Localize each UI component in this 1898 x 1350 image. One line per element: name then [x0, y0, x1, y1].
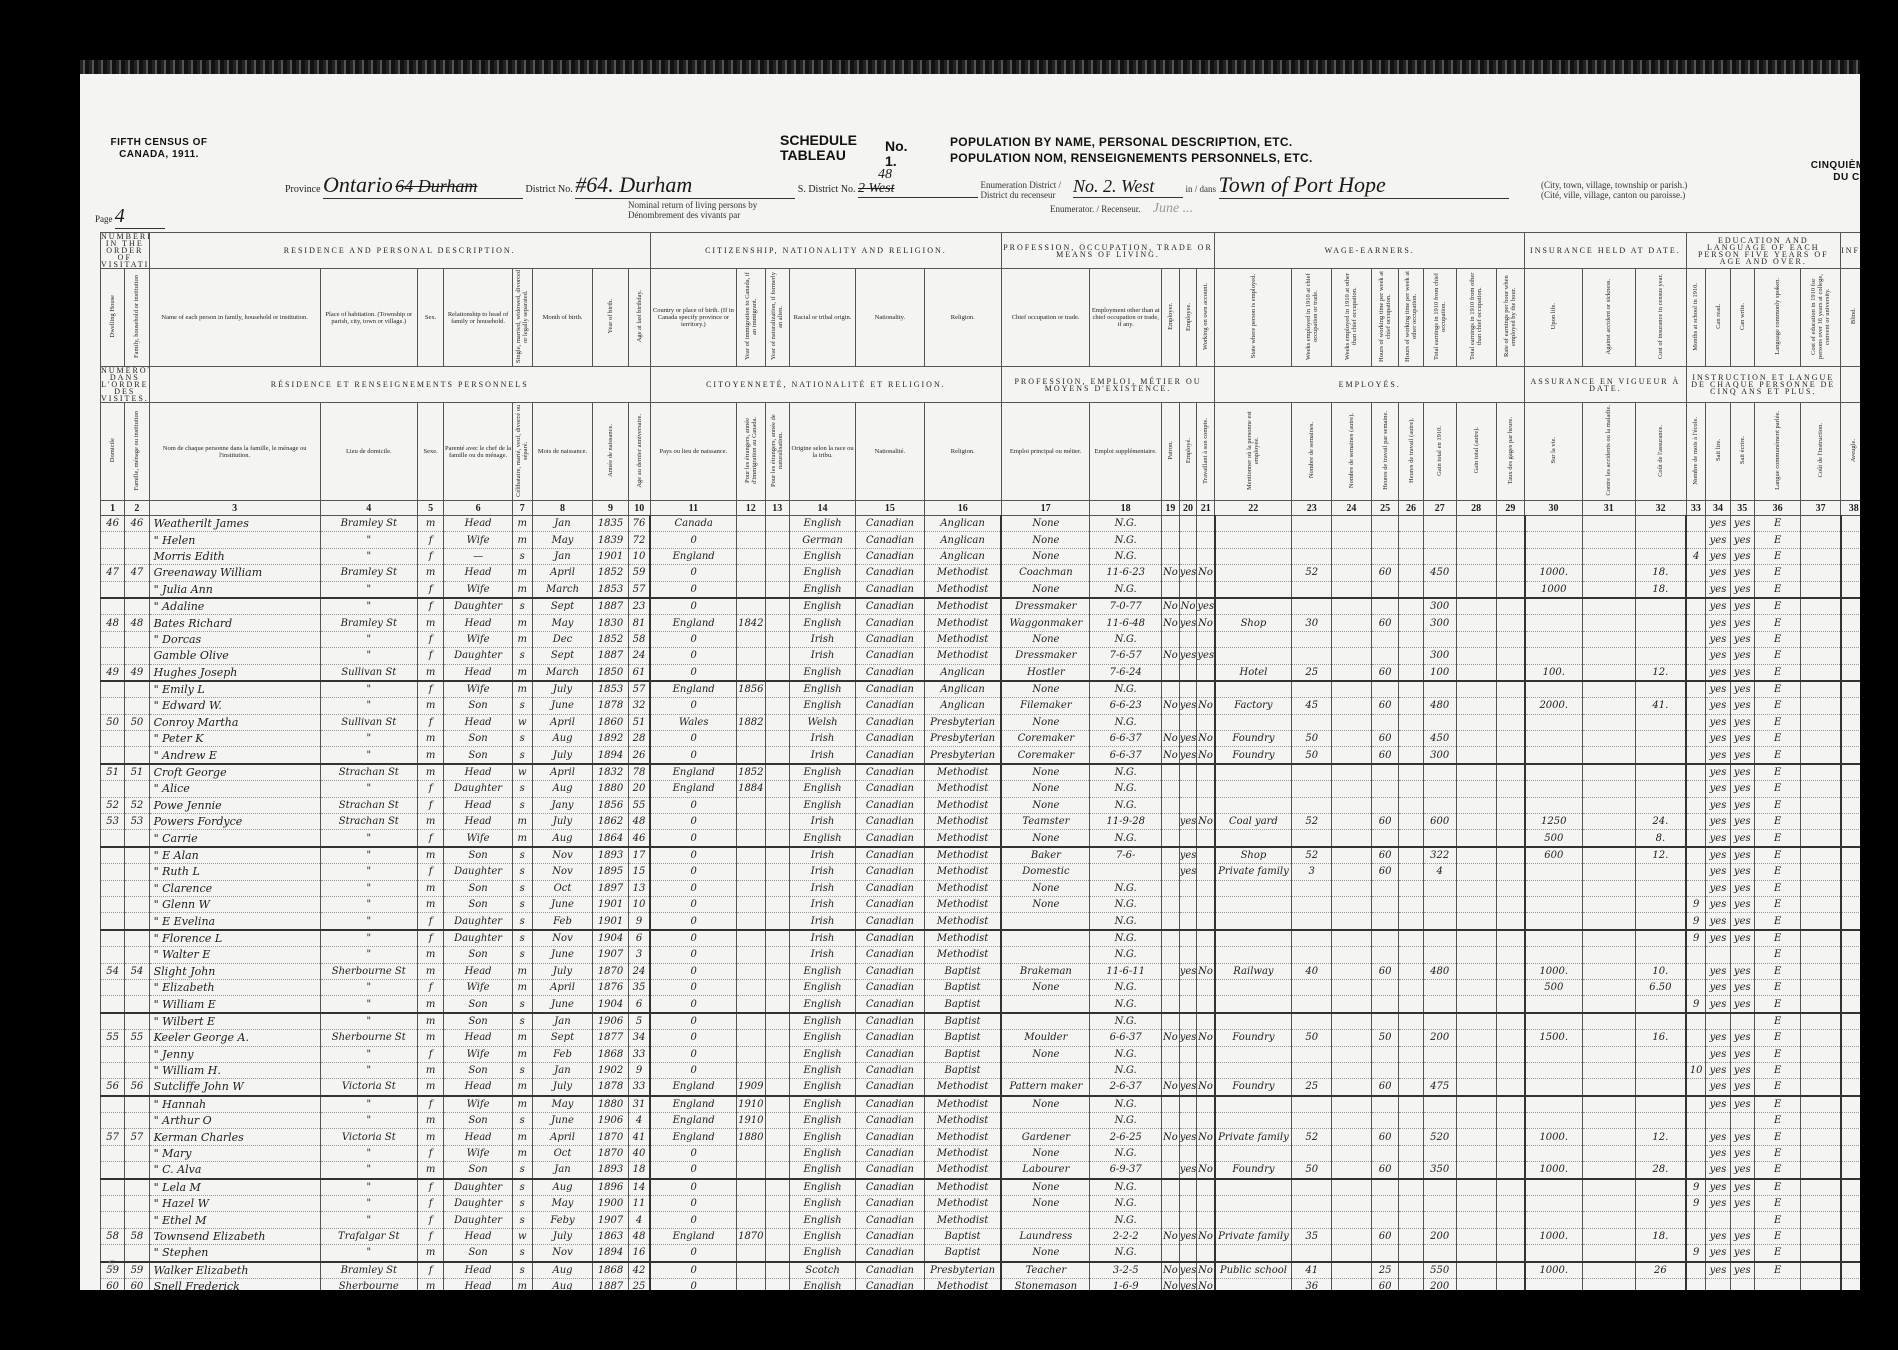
cell-place: " — [320, 781, 417, 797]
cell-c20 — [1179, 581, 1197, 598]
cell-c37 — [1801, 1129, 1841, 1145]
cell-sex: f — [417, 631, 443, 647]
cell-c20 — [1179, 830, 1197, 847]
cell-life — [1525, 548, 1582, 564]
cell-acc — [1582, 1129, 1635, 1145]
cell-hrs — [1371, 1212, 1399, 1228]
cell-imm: 1842 — [736, 615, 765, 631]
cell-lang: E — [1754, 598, 1800, 615]
cell-name: " Edward W. — [149, 698, 320, 714]
census-row: Morris Edith"f—sJan190110EnglandEnglishC… — [101, 548, 1890, 564]
cell-sex: m — [417, 1129, 443, 1145]
cell-origin: English — [789, 1129, 855, 1145]
column-header-fr-30: Sur la vie. — [1525, 403, 1582, 501]
column-number: 36 — [1754, 501, 1800, 516]
cell-rate — [1496, 698, 1525, 714]
cell-c21 — [1197, 913, 1215, 930]
province-value: Ontario — [323, 172, 393, 197]
cell-emp_other: N.G. — [1090, 1096, 1162, 1113]
column-header-fr: Coût de l'instruction. — [1817, 423, 1824, 477]
cell-sex: f — [417, 830, 443, 847]
cell-acc — [1582, 847, 1635, 864]
cell-origin: English — [789, 548, 855, 564]
cell-read: yes — [1706, 1096, 1730, 1113]
cell-rate — [1496, 1013, 1525, 1030]
cell-religion: Methodist — [924, 896, 1001, 912]
cell-emp_other: 11-6-11 — [1090, 963, 1162, 979]
cell-imm — [736, 1212, 765, 1228]
cell-cost: 12. — [1635, 664, 1686, 681]
cell-where — [1215, 1096, 1292, 1113]
census-row: " William H."mSonsJan190290EnglishCanadi… — [101, 1062, 1890, 1078]
cell-hrs — [1371, 913, 1399, 930]
column-header-fr: Mentionner où la personne est employée. — [1246, 403, 1260, 498]
cell-imm — [736, 830, 765, 847]
cell-where — [1215, 781, 1292, 797]
cell-dw — [101, 532, 125, 548]
cell-life — [1525, 631, 1582, 647]
census-row: " Andrew E"mSonsJuly1894260IrishCanadian… — [101, 747, 1890, 764]
cell-c19 — [1162, 548, 1180, 564]
census-row: " Hannah"fWifemMay188031England1910Engli… — [101, 1096, 1890, 1113]
cell-earn2 — [1456, 598, 1496, 615]
cell-birth: 0 — [650, 1162, 736, 1179]
cell-hrs — [1371, 1196, 1399, 1212]
cell-name: " Arthur O — [149, 1113, 320, 1129]
column-header-en: Year of naturalization, if formerly an a… — [770, 269, 784, 364]
cell-earn2 — [1456, 830, 1496, 847]
cell-emp_other: N.G. — [1090, 1113, 1162, 1129]
cell-year: 1900 — [593, 1196, 628, 1212]
cell-fam — [125, 1096, 149, 1113]
cell-read: yes — [1706, 930, 1730, 947]
cell-emp_other: 6-9-37 — [1090, 1162, 1162, 1179]
cell-sex: f — [417, 913, 443, 930]
cell-earn2 — [1456, 913, 1496, 930]
cell-dw: 57 — [101, 1129, 125, 1145]
column-header-en: Employer. — [1167, 303, 1174, 330]
column-header-fr: Parenté avec le chef de la famille ou du… — [445, 445, 511, 459]
census-row: 4646Weatherilt JamesBramley StmHeadmJan1… — [101, 516, 1890, 532]
cell-birth: England — [650, 1079, 736, 1096]
cell-age: 13 — [628, 880, 650, 896]
cell-school — [1686, 797, 1706, 813]
cell-c37 — [1801, 913, 1841, 930]
cell-religion: Methodist — [924, 930, 1001, 947]
cell-earn — [1423, 1013, 1456, 1030]
cell-c37 — [1801, 615, 1841, 631]
column-header-fr: Travaillant à son compte. — [1202, 418, 1209, 484]
cell-earn: 480 — [1423, 698, 1456, 714]
cell-wk2 — [1332, 698, 1372, 714]
cell-fam — [125, 1013, 149, 1030]
section-education: EDUCATION AND LANGUAGE OF EACH PERSON FI… — [1686, 233, 1841, 269]
cell-birth: 0 — [650, 664, 736, 681]
cell-acc — [1582, 548, 1635, 564]
cell-emp_other: N.G. — [1090, 797, 1162, 813]
cell-earn — [1423, 532, 1456, 548]
district-label: District No. — [526, 184, 573, 195]
cell-rel: Son — [444, 947, 512, 963]
cell-c37 — [1801, 581, 1841, 598]
cell-life — [1525, 1196, 1582, 1212]
cell-c37 — [1801, 1179, 1841, 1196]
cell-occ — [1001, 947, 1089, 963]
cell-rate — [1496, 598, 1525, 615]
cell-dw — [101, 747, 125, 764]
cell-nationality: Canadian — [856, 880, 924, 896]
cell-hrs2 — [1399, 1079, 1423, 1096]
cell-earn2 — [1456, 731, 1496, 747]
cell-hrs2 — [1399, 1262, 1423, 1279]
cell-name: Keeler George A. — [149, 1030, 320, 1046]
cell-emp_other — [1090, 864, 1162, 880]
cell-birth: 0 — [650, 565, 736, 581]
cell-fam — [125, 830, 149, 847]
cell-life: 1000 — [1525, 581, 1582, 598]
cell-earn2 — [1456, 864, 1496, 880]
cell-write: yes — [1730, 1079, 1754, 1096]
column-header-6: Relationship to head of family or househ… — [444, 269, 512, 367]
cell-cond: m — [512, 681, 532, 698]
cell-nationality: Canadian — [856, 714, 924, 730]
census-row: " William E"mSonsJune190460EnglishCanadi… — [101, 996, 1890, 1013]
cell-earn2 — [1456, 896, 1496, 912]
column-header-fr: Sait écrire. — [1739, 436, 1746, 464]
cell-lang: E — [1754, 814, 1800, 830]
cell-cond: s — [512, 781, 532, 797]
column-header-22: State where person is employed. — [1215, 269, 1292, 367]
cell-sex: m — [417, 615, 443, 631]
cell-wk: 30 — [1292, 615, 1332, 631]
cell-earn: 520 — [1423, 1129, 1456, 1145]
cell-year: 1901 — [593, 548, 628, 564]
cell-dw — [101, 930, 125, 947]
cell-religion: Baptist — [924, 1245, 1001, 1262]
cell-birth: 0 — [650, 896, 736, 912]
cell-nat — [765, 565, 789, 581]
column-number: 6 — [444, 501, 512, 516]
cell-read: yes — [1706, 1196, 1730, 1212]
column-number: 27 — [1423, 501, 1456, 516]
cell-hrs2 — [1399, 996, 1423, 1013]
sub-district-field: 48 2 West — [858, 181, 978, 198]
cell-nat — [765, 631, 789, 647]
cell-c37 — [1801, 1013, 1841, 1030]
cell-wk2 — [1332, 847, 1372, 864]
cell-wk2 — [1332, 1062, 1372, 1078]
cell-fam — [125, 847, 149, 864]
cell-name: Slight John — [149, 963, 320, 979]
cell-nationality: Canadian — [856, 947, 924, 963]
column-header-4: Place of habitation. (Township or parish… — [320, 269, 417, 367]
cell-school — [1686, 963, 1706, 979]
cell-wk — [1292, 1062, 1332, 1078]
cell-write: yes — [1730, 913, 1754, 930]
section-numbered-fr: NUMÉROTÉS DANS L'ORDRE DES VISITES. — [101, 367, 150, 403]
column-header-en: Blind. — [1850, 308, 1857, 324]
cell-emp_other: N.G. — [1090, 1062, 1162, 1078]
column-header-en: Religion. — [951, 314, 975, 321]
column-header-fr: Sexe. — [423, 448, 437, 455]
cell-fam — [125, 1245, 149, 1262]
cell-lang: E — [1754, 979, 1800, 995]
census-row: 4848Bates RichardBramley StmHeadmMay1830… — [101, 615, 1890, 631]
cell-acc — [1582, 1179, 1635, 1196]
cell-month: Aug — [532, 830, 593, 847]
cell-imm — [736, 979, 765, 995]
cell-rel: Daughter — [444, 781, 512, 797]
cell-earn — [1423, 1113, 1456, 1129]
cell-nat — [765, 814, 789, 830]
cell-religion: Methodist — [924, 1113, 1001, 1129]
schedule-titles: POPULATION BY NAME, PERSONAL DESCRIPTION… — [950, 134, 1313, 166]
cell-emp_other: N.G. — [1090, 913, 1162, 930]
cell-name: Townsend Elizabeth — [149, 1228, 320, 1244]
cell-age: 16 — [628, 1245, 650, 1262]
schedule-heading: SCHEDULE TABLEAU No. 1. POPULATION BY NA… — [780, 133, 857, 163]
cell-school — [1686, 681, 1706, 698]
cell-dw: 47 — [101, 565, 125, 581]
cell-c19 — [1162, 1062, 1180, 1078]
census-row: " Wilbert E"mSonsJan190650EnglishCanadia… — [101, 1013, 1890, 1030]
cell-hrs2 — [1399, 1145, 1423, 1161]
cell-cost — [1635, 631, 1686, 647]
cell-c20 — [1179, 1179, 1197, 1196]
cell-c19 — [1162, 1179, 1180, 1196]
cell-cond: s — [512, 648, 532, 664]
cell-dw — [101, 830, 125, 847]
cell-place: " — [320, 947, 417, 963]
cell-dw — [101, 1046, 125, 1062]
cell-cost — [1635, 947, 1686, 963]
column-header-fr-34: Sait lire. — [1706, 403, 1730, 501]
cell-dw: 49 — [101, 664, 125, 681]
cell-earn: 450 — [1423, 731, 1456, 747]
cell-place: " — [320, 913, 417, 930]
cell-rel: Son — [444, 896, 512, 912]
cell-c20: yes — [1179, 814, 1197, 830]
cell-earn2 — [1456, 764, 1496, 781]
cell-month: Jan — [532, 1162, 593, 1179]
cell-read: yes — [1706, 648, 1730, 664]
cell-occ — [1001, 996, 1089, 1013]
cell-birth: 0 — [650, 1030, 736, 1046]
cell-imm — [736, 913, 765, 930]
cell-fam — [125, 681, 149, 698]
cell-wk: 50 — [1292, 731, 1332, 747]
cell-month: July — [532, 681, 593, 698]
cell-life: 1000. — [1525, 565, 1582, 581]
cell-wk2 — [1332, 681, 1372, 698]
cell-life — [1525, 864, 1582, 880]
place-field: Town of Port Hope — [1219, 172, 1509, 199]
cell-year: 1904 — [593, 930, 628, 947]
cell-birth: 0 — [650, 1179, 736, 1196]
cell-c21 — [1197, 896, 1215, 912]
cell-name: " Clarence — [149, 880, 320, 896]
cell-lang: E — [1754, 664, 1800, 681]
cell-place: " — [320, 648, 417, 664]
column-header-en: Dwelling House — [109, 295, 116, 337]
cell-hrs: 60 — [1371, 1079, 1399, 1096]
cell-sex: f — [417, 681, 443, 698]
cell-where: Foundry — [1215, 1162, 1292, 1179]
cell-occ: None — [1001, 1245, 1089, 1262]
cell-acc — [1582, 698, 1635, 714]
cell-birth: 0 — [650, 598, 736, 615]
cell-name: " C. Alva — [149, 1162, 320, 1179]
cell-read: yes — [1706, 615, 1730, 631]
cell-fam — [125, 1046, 149, 1062]
cell-religion: Methodist — [924, 1079, 1001, 1096]
cell-origin: Irish — [789, 648, 855, 664]
cell-name: " Florence L — [149, 930, 320, 947]
column-header-en: Against accident or sickness. — [1605, 279, 1612, 354]
cell-birth: 0 — [650, 963, 736, 979]
cell-imm: 1910 — [736, 1113, 765, 1129]
cell-hrs — [1371, 1145, 1399, 1161]
district-field: #64. Durham — [575, 172, 795, 199]
cell-cost — [1635, 648, 1686, 664]
cell-c19 — [1162, 516, 1180, 532]
cell-origin: Irish — [789, 747, 855, 764]
cell-where: Hotel — [1215, 664, 1292, 681]
cell-name: " Dorcas — [149, 631, 320, 647]
cell-cost — [1635, 598, 1686, 615]
column-header-fr-11: Pays ou lieu de naissance. — [650, 403, 736, 501]
column-header-fr-19: Patron. — [1162, 403, 1180, 501]
cell-birth: 0 — [650, 1062, 736, 1078]
cell-place: Bramley St — [320, 1262, 417, 1279]
cell-life — [1525, 648, 1582, 664]
column-header-fr-8: Mois de naissance. — [532, 403, 593, 501]
schedule-title-en: POPULATION BY NAME, PERSONAL DESCRIPTION… — [950, 134, 1313, 150]
cell-emp_other: 6-6-37 — [1090, 1030, 1162, 1046]
cell-hrs — [1371, 1046, 1399, 1062]
place-hint-en: (City, town, village, township or parish… — [1541, 180, 1687, 190]
cell-nationality: Canadian — [856, 1262, 924, 1279]
cell-hrs2 — [1399, 1162, 1423, 1179]
cell-imm: 1880 — [736, 1129, 765, 1145]
cell-sex: f — [417, 581, 443, 598]
nominal-fr: Dénombrement des vivants par — [628, 210, 757, 220]
column-header-en: Place of habitation. (Township or parish… — [325, 311, 412, 325]
cell-c20 — [1179, 979, 1197, 995]
column-header-fr: Nombre de semaines (autre). — [1348, 413, 1355, 488]
cell-place: " — [320, 979, 417, 995]
cell-read: yes — [1706, 979, 1730, 995]
cell-nationality: Canadian — [856, 1013, 924, 1030]
cell-c19: No — [1162, 1030, 1180, 1046]
cell-write: yes — [1730, 1262, 1754, 1279]
cell-age: 35 — [628, 979, 650, 995]
cell-place: " — [320, 896, 417, 912]
cell-nationality: Canadian — [856, 516, 924, 532]
cell-occ: Dressmaker — [1001, 648, 1089, 664]
cell-nat — [765, 1013, 789, 1030]
cell-place: " — [320, 532, 417, 548]
cell-school — [1686, 565, 1706, 581]
cell-wk — [1292, 781, 1332, 797]
cell-acc — [1582, 930, 1635, 947]
cell-c37 — [1801, 1145, 1841, 1161]
cell-cost — [1635, 1013, 1686, 1030]
census-row: 5656Sutcliffe John WVictoria StmHeadmJul… — [101, 1079, 1890, 1096]
cell-rel: Head — [444, 516, 512, 532]
cell-c21 — [1197, 830, 1215, 847]
cell-school — [1686, 1079, 1706, 1096]
cell-wk: 50 — [1292, 1162, 1332, 1179]
cell-rate — [1496, 781, 1525, 797]
column-header-fr-18: Emploi supplémentaire. — [1090, 403, 1162, 501]
cell-birth: 0 — [650, 797, 736, 813]
cell-religion: Methodist — [924, 764, 1001, 781]
column-header-fr-3: Nom de chaque personne dans la famille, … — [149, 403, 320, 501]
cell-hrs — [1371, 548, 1399, 564]
cell-write: yes — [1730, 979, 1754, 995]
cell-life — [1525, 930, 1582, 947]
cell-wk: 35 — [1292, 1228, 1332, 1244]
cell-birth: England — [650, 781, 736, 797]
cell-wk — [1292, 1245, 1332, 1262]
cell-birth: 0 — [650, 847, 736, 864]
cell-nationality: Canadian — [856, 963, 924, 979]
cell-wk: 40 — [1292, 963, 1332, 979]
cell-wk — [1292, 930, 1332, 947]
cell-place: " — [320, 830, 417, 847]
cell-name: Hughes Joseph — [149, 664, 320, 681]
column-number: 5 — [417, 501, 443, 516]
cell-rate — [1496, 1046, 1525, 1062]
cell-imm — [736, 516, 765, 532]
column-header-fr-36: Langue communément parlée. — [1754, 403, 1800, 501]
cell-wk2 — [1332, 996, 1372, 1013]
column-number: 17 — [1001, 501, 1089, 516]
cell-where — [1215, 581, 1292, 598]
cell-dw — [101, 1179, 125, 1196]
cell-sex: m — [417, 565, 443, 581]
cell-earn2 — [1456, 1228, 1496, 1244]
cell-origin: English — [789, 1030, 855, 1046]
column-header-fr-26: Heures de travail (autre). — [1399, 403, 1423, 501]
cell-where — [1215, 1196, 1292, 1212]
cell-write: yes — [1730, 880, 1754, 896]
cell-read: yes — [1706, 1262, 1730, 1279]
cell-write: yes — [1730, 1228, 1754, 1244]
cell-write: yes — [1730, 548, 1754, 564]
cell-wk2 — [1332, 1196, 1372, 1212]
cell-where — [1215, 896, 1292, 912]
column-number: 24 — [1332, 501, 1372, 516]
cell-nationality: Canadian — [856, 1030, 924, 1046]
cell-year: 1904 — [593, 996, 628, 1013]
cell-sex: m — [417, 1113, 443, 1129]
cell-fam: 53 — [125, 814, 149, 830]
cell-c19: No — [1162, 1079, 1180, 1096]
cell-month: March — [532, 664, 593, 681]
cell-cost — [1635, 615, 1686, 631]
cell-read — [1706, 1212, 1730, 1228]
cell-where: Foundry — [1215, 747, 1292, 764]
cell-sex: f — [417, 797, 443, 813]
cell-nat — [765, 548, 789, 564]
cell-write: yes — [1730, 1129, 1754, 1145]
cell-name: " Peter K — [149, 731, 320, 747]
cell-cost — [1635, 913, 1686, 930]
cell-life — [1525, 913, 1582, 930]
cell-month: May — [532, 615, 593, 631]
